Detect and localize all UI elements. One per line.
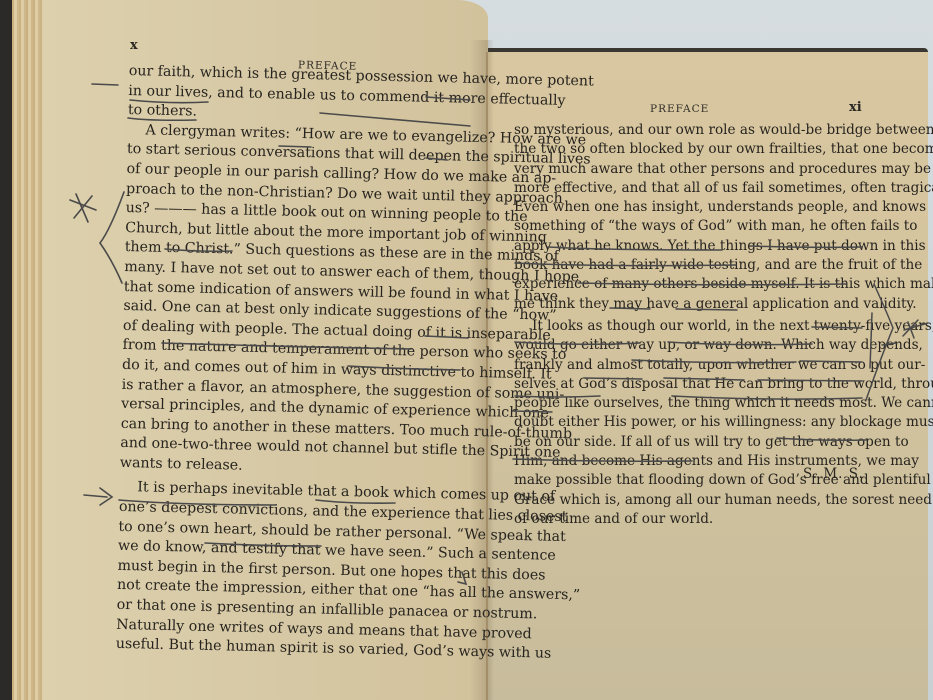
text-line: be on our side. If all of us will try to… xyxy=(514,433,862,452)
left-folio: x xyxy=(130,38,138,53)
text-line: experience of many others beside myself.… xyxy=(514,275,862,294)
text-line: the two so often blocked by our own frai… xyxy=(514,140,862,159)
text-line: Grace which is, among all our human need… xyxy=(514,491,862,510)
text-line: something of “the ways of God” with man,… xyxy=(514,217,862,236)
text-line: selves at God’s disposal that He can bri… xyxy=(514,375,862,394)
text-line: book have had a fairly wide testing, and… xyxy=(514,256,862,275)
text-line: more effective, and that all of us fail … xyxy=(514,179,862,198)
text-line: me think they may have a general applica… xyxy=(514,295,862,314)
page-stack-edges xyxy=(12,0,42,700)
text-line: very much aware that other persons and p… xyxy=(514,160,862,179)
text-line: It looks as though our world, in the nex… xyxy=(514,317,862,336)
text-line: frankly and almost totally, upon whether… xyxy=(514,356,862,375)
right-folio: xi xyxy=(849,100,862,115)
author-signature: S. M. S. xyxy=(803,466,864,482)
text-line: would go either way up, or way down. Whi… xyxy=(514,336,862,355)
text-line: Even when one has insight, understands p… xyxy=(514,198,862,217)
text-line: apply what he knows. Yet the things I ha… xyxy=(514,237,862,256)
text-line: of our time and of our world. xyxy=(514,510,862,529)
text-line: doubt either His power, or his willingne… xyxy=(514,413,862,432)
text-line: people like ourselves, the thing which i… xyxy=(514,394,862,413)
left-page-body: our faith, which is the greatest possess… xyxy=(116,62,471,662)
right-running-head: PREFACE xyxy=(650,103,709,115)
text-line: so mysterious, and our own role as would… xyxy=(514,121,862,140)
